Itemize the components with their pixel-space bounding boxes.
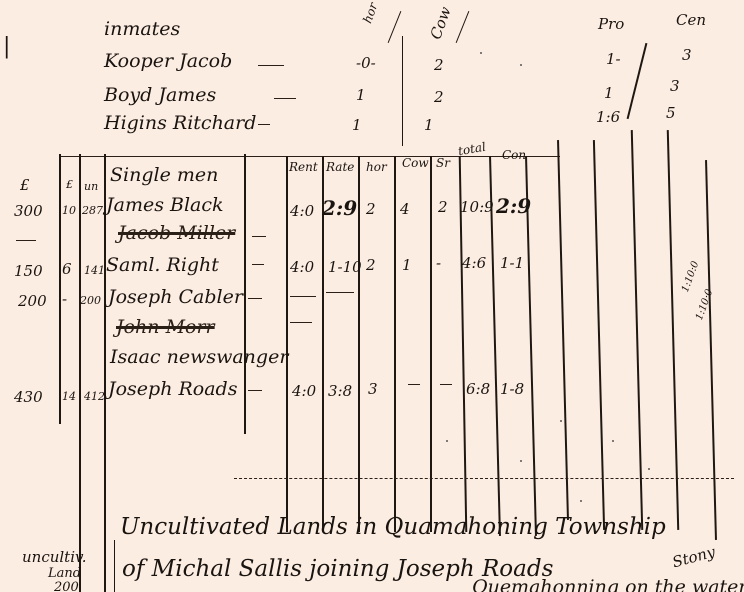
leader-dash — [258, 124, 270, 125]
column-line — [104, 154, 106, 592]
margin-mark: | — [3, 34, 10, 59]
header-cow: Cow — [427, 4, 455, 42]
header-pounds: £ — [20, 176, 30, 194]
row-rate: 2:9 — [322, 196, 357, 220]
column-line — [430, 156, 432, 532]
row-col3: 200 — [80, 294, 101, 307]
row-cow: 1 — [402, 256, 412, 274]
inmate-cow: 1 — [424, 116, 434, 134]
row-total: 4:6 — [462, 254, 486, 272]
row-name-struck: Jacob Miller — [118, 222, 235, 244]
row-pounds: 200 — [18, 292, 47, 310]
header-pro: Pro — [598, 15, 624, 33]
column-line — [705, 160, 716, 540]
header-cen: Cen — [676, 11, 706, 29]
row-con: 1-1 — [500, 254, 524, 272]
leader-dash — [274, 98, 296, 99]
row-pounds: 300 — [14, 202, 43, 220]
header-cow: Cow — [402, 156, 429, 170]
unseated-line: Quemahonning on the waters of — [472, 576, 744, 592]
ledger-page: | inmates hor Cow Pro Cen Kooper Jacob -… — [0, 0, 744, 592]
row-pounds: 430 — [14, 388, 43, 406]
column-line — [667, 130, 679, 530]
ink-speck — [520, 64, 522, 66]
row-total: 6:8 — [466, 380, 490, 398]
row-col2: - — [62, 290, 67, 308]
margin-note: 1:10:0 — [680, 260, 701, 294]
leader-dash — [252, 236, 266, 237]
inmate-hor: 1 — [356, 86, 366, 104]
header-hor: hor — [366, 160, 387, 174]
row-hor: 3 — [368, 380, 378, 398]
bracket-line — [627, 43, 648, 119]
row-sr: - — [436, 254, 441, 272]
inmate-pro: 1:6 — [596, 108, 620, 126]
row-pounds: 150 — [14, 262, 43, 280]
row-rent: 4:0 — [290, 258, 314, 276]
row-rate: 3:8 — [328, 382, 352, 400]
ink-speck — [612, 440, 614, 442]
header-sr: Sr — [436, 156, 450, 170]
leader-dash — [290, 322, 312, 323]
inmate-pro: 1- — [606, 50, 621, 68]
header-hor: hor — [360, 1, 380, 25]
row-name: Joseph Cabler — [108, 286, 243, 308]
leader-dash — [16, 240, 36, 241]
header-rent: Rent — [289, 160, 318, 174]
column-line — [59, 154, 61, 424]
inmates-heading: inmates — [104, 18, 180, 40]
header-unseated: un — [84, 180, 98, 193]
single-men-heading: Single men — [110, 164, 218, 186]
header-con: Con — [502, 148, 526, 162]
inmate-hor: 1 — [352, 116, 362, 134]
row-rent: 4:0 — [290, 202, 314, 220]
unseated-note: Stony — [670, 543, 717, 572]
row-name-struck: John Morr — [116, 316, 215, 338]
leader-dash — [258, 65, 284, 66]
row-con: 1-8 — [500, 380, 524, 398]
column-line — [557, 140, 568, 520]
row-col2: 14 — [62, 390, 76, 403]
column-line — [79, 154, 81, 592]
unseated-line: Uncultivated Lands in Quamahoning Townsh… — [120, 514, 666, 540]
inmate-pro: 1 — [604, 84, 614, 102]
row-col3: 141 — [84, 264, 105, 277]
ink-speck — [648, 468, 650, 470]
ink-speck — [580, 500, 582, 502]
inmate-cen: 3 — [682, 46, 692, 64]
inmate-hor: -0- — [356, 54, 376, 72]
header-rate: Rate — [326, 160, 354, 174]
row-col2: 10 — [62, 204, 76, 217]
inmate-name: Higins Ritchard — [104, 112, 256, 134]
row-rent: 4:0 — [292, 382, 316, 400]
leader-dash — [248, 390, 262, 391]
unseated-label: Land — [48, 566, 81, 581]
row-sr: 2 — [438, 198, 448, 216]
leader-dash — [248, 298, 262, 299]
unseated-label: uncultiv. — [22, 548, 86, 566]
row-name: Saml. Right — [106, 254, 219, 276]
inmate-cen: 3 — [670, 77, 680, 95]
ink-speck — [520, 460, 522, 462]
header-pounds-2: £ — [66, 178, 73, 191]
unseated-bracket — [114, 540, 115, 592]
column-line — [631, 130, 643, 530]
leader-dash — [408, 384, 420, 385]
row-total: 10:9 — [460, 198, 494, 216]
leader-dash — [326, 292, 354, 293]
unseated-label: 200 — [54, 580, 79, 592]
inmates-column-line — [402, 36, 403, 146]
row-cow: 4 — [400, 200, 410, 218]
column-line — [244, 154, 246, 434]
column-line — [593, 140, 605, 530]
column-line — [286, 156, 288, 532]
row-col2: 6 — [62, 260, 72, 278]
row-name: Joseph Roads — [108, 378, 237, 400]
header-slash — [388, 11, 402, 43]
ink-speck — [446, 440, 448, 442]
row-col3: 412 — [84, 390, 105, 403]
ink-speck — [480, 52, 482, 54]
inmate-name: Kooper Jacob — [104, 50, 232, 72]
column-line — [358, 156, 360, 532]
inmate-name: Boyd James — [104, 84, 216, 106]
table-top-rule — [60, 156, 560, 157]
row-hor: 2 — [366, 256, 376, 274]
header-slash — [456, 11, 470, 43]
leader-dash — [290, 296, 316, 297]
leader-dash — [252, 264, 264, 265]
row-name: James Black — [106, 194, 224, 216]
inmate-cen: 5 — [666, 104, 676, 122]
row-rate: 1-10 — [328, 258, 362, 276]
row-col3: 287 — [82, 204, 103, 217]
margin-note: 1:10:0 — [694, 288, 715, 322]
inmate-cow: 2 — [434, 88, 444, 106]
row-name: Isaac newswanger — [110, 346, 288, 368]
inmate-cow: 2 — [434, 56, 444, 74]
leader-dash — [440, 384, 452, 385]
ink-speck — [560, 420, 562, 422]
row-hor: 2 — [366, 200, 376, 218]
column-line — [394, 156, 396, 532]
row-con: 2:9 — [496, 194, 531, 218]
table-bottom-rule — [234, 478, 734, 480]
